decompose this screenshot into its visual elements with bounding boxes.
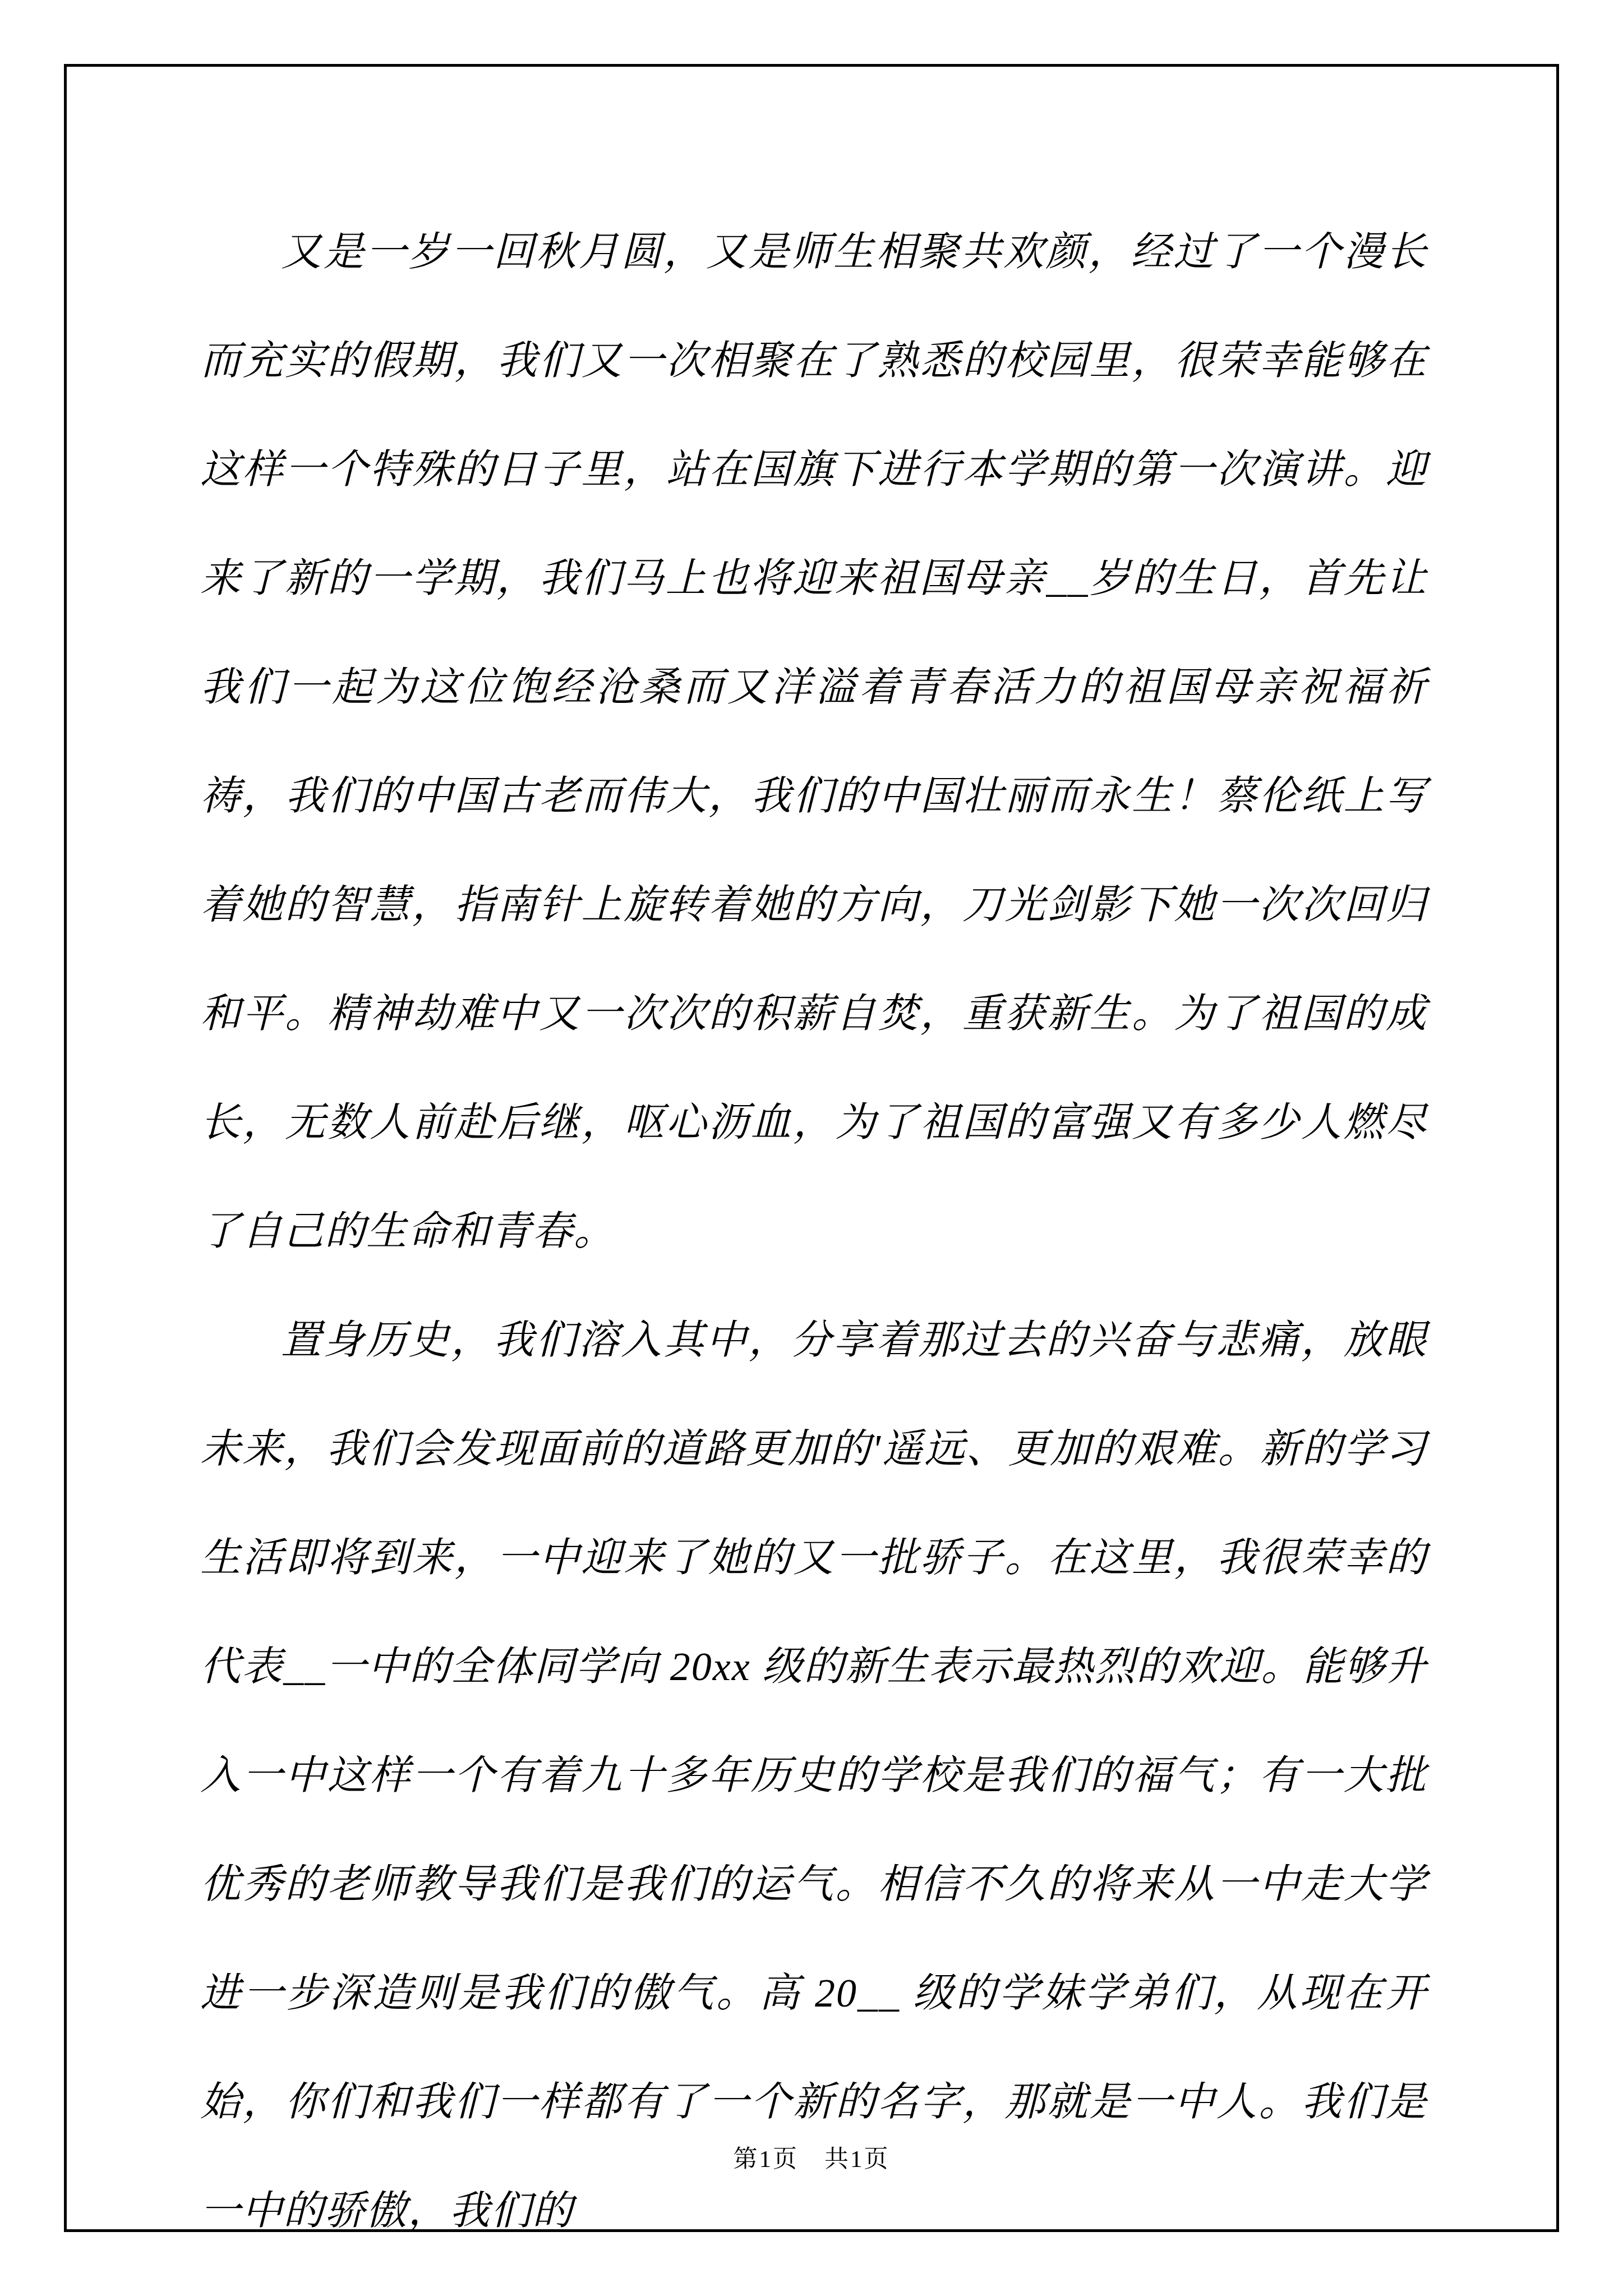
document-body: 又是一岁一回秋月圆，又是师生相聚共欢颜，经过了一个漫长而充实的假期，我们又一次相… <box>67 67 1556 2265</box>
page-border: 又是一岁一回秋月圆，又是师生相聚共欢颜，经过了一个漫长而充实的假期，我们又一次相… <box>64 64 1559 2232</box>
page-number-footer: 第1页 共1页 <box>67 2140 1556 2174</box>
paragraph-2: 置身历史，我们溶入其中，分享着那过去的兴奋与悲痛，放眼未来，我们会发现面前的道路… <box>200 1286 1427 2265</box>
paragraph-1: 又是一岁一回秋月圆，又是师生相聚共欢颜，经过了一个漫长而充实的假期，我们又一次相… <box>200 197 1427 1286</box>
document-page: 又是一岁一回秋月圆，又是师生相聚共欢颜，经过了一个漫长而充实的假期，我们又一次相… <box>0 0 1623 2296</box>
